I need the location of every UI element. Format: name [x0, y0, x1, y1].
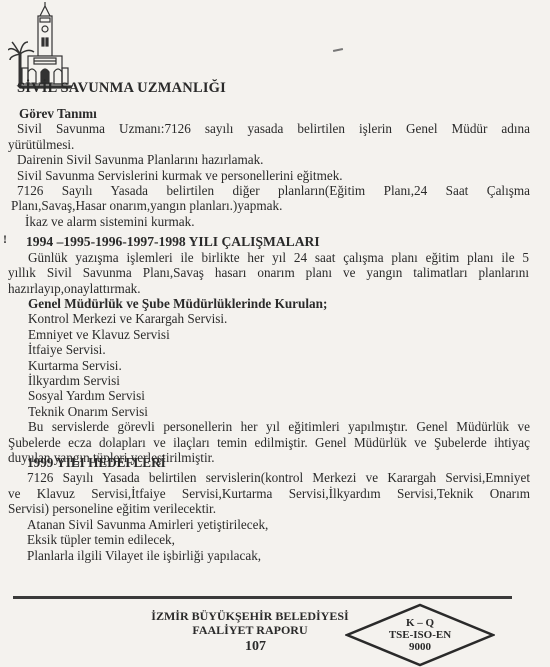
badge-line: 9000 [345, 641, 495, 653]
service-item: Kontrol Merkezi ve Karargah Servisi. [28, 311, 227, 327]
service-item: Sosyal Yardım Servisi [28, 388, 145, 404]
calismalar-intro-line: Günlük yazışma işlemleri ile birlikte he… [28, 250, 529, 266]
calismalar-heading: 1994 –1995-1996-1997-1998 YILI ÇALIŞMALA… [26, 234, 320, 250]
calismalar-closing-line: Bu servislerde görevli personellerin her… [28, 419, 530, 435]
clock-tower-logo [8, 2, 80, 90]
footer-organization: İZMİR BÜYÜKŞEHİR BELEDİYESİ FAALİYET RAP… [140, 609, 360, 637]
gorev-line: İkaz ve alarm sistemini kurmak. [25, 214, 195, 230]
hedefler-line: Servisi) personeline eğitim verilecektir… [8, 501, 216, 517]
gorev-heading: Görev Tanımı [19, 106, 97, 122]
scan-mark: ! [3, 232, 7, 247]
calismalar-closing-line: Şubelerde ecza dolapları ve ilaçları tem… [8, 435, 530, 451]
service-item: İtfaiye Servisi. [28, 342, 106, 358]
hedefler-line: Planlarla ilgili Vilayet ile işbirliği y… [27, 548, 261, 564]
calismalar-intro-line: hazırlayıp,onaylattırmak. [8, 281, 141, 297]
hedefler-line: Eksik tüpler temin edilecek, [27, 532, 175, 548]
hedefler-heading: 1999 YILI HEDEFLERİ [27, 455, 166, 471]
gorev-line: Sivil Savunma Servislerini kurmak ve per… [17, 168, 343, 184]
hedefler-line: Atanan Sivil Savunma Amirleri yetiştiril… [27, 517, 268, 533]
service-item: İlkyardım Servisi [28, 373, 120, 389]
gorev-line: yürütülmesi. [8, 137, 74, 153]
gorev-line: 7126 Sayılı Yasada belirtilen diğer plan… [17, 183, 530, 199]
section-title: SİVİL SAVUNMA UZMANLIĞI [17, 80, 226, 97]
badge-line: K – Q [345, 617, 495, 629]
service-item: Emniyet ve Klavuz Servisi [28, 327, 170, 343]
gorev-line: Sivil Savunma Uzmanı:7126 sayılı yasada … [17, 121, 530, 137]
calismalar-intro-line: yıllık Sivil Savunma Planı,Savaş hasarı … [8, 265, 529, 281]
service-item: Teknik Onarım Servisi [28, 404, 148, 420]
footer-org-line1: İZMİR BÜYÜKŞEHİR BELEDİYESİ [140, 609, 360, 623]
service-item: Kurtarma Servisi. [28, 358, 122, 374]
calismalar-subheading: Genel Müdürlük ve Şube Müdürlüklerinde K… [28, 296, 327, 312]
gorev-line: Dairenin Sivil Savunma Planlarını hazırl… [17, 152, 263, 168]
footer-rule [13, 596, 512, 599]
scan-mark [333, 48, 343, 52]
page-number: 107 [245, 639, 266, 655]
hedefler-line: ve Klavuz Servisi,İtfaiye Servisi,Kurtar… [8, 486, 530, 502]
badge-line: TSE-ISO-EN [345, 629, 495, 641]
quality-badge-text: K – Q TSE-ISO-EN 9000 [345, 617, 495, 653]
footer-org-line2: FAALİYET RAPORU [140, 623, 360, 637]
hedefler-line: 7126 Sayılı Yasada belirtilen servisleri… [27, 470, 530, 486]
gorev-line: Planı,Savaş,Hasar onarım,yangın planları… [11, 198, 282, 214]
